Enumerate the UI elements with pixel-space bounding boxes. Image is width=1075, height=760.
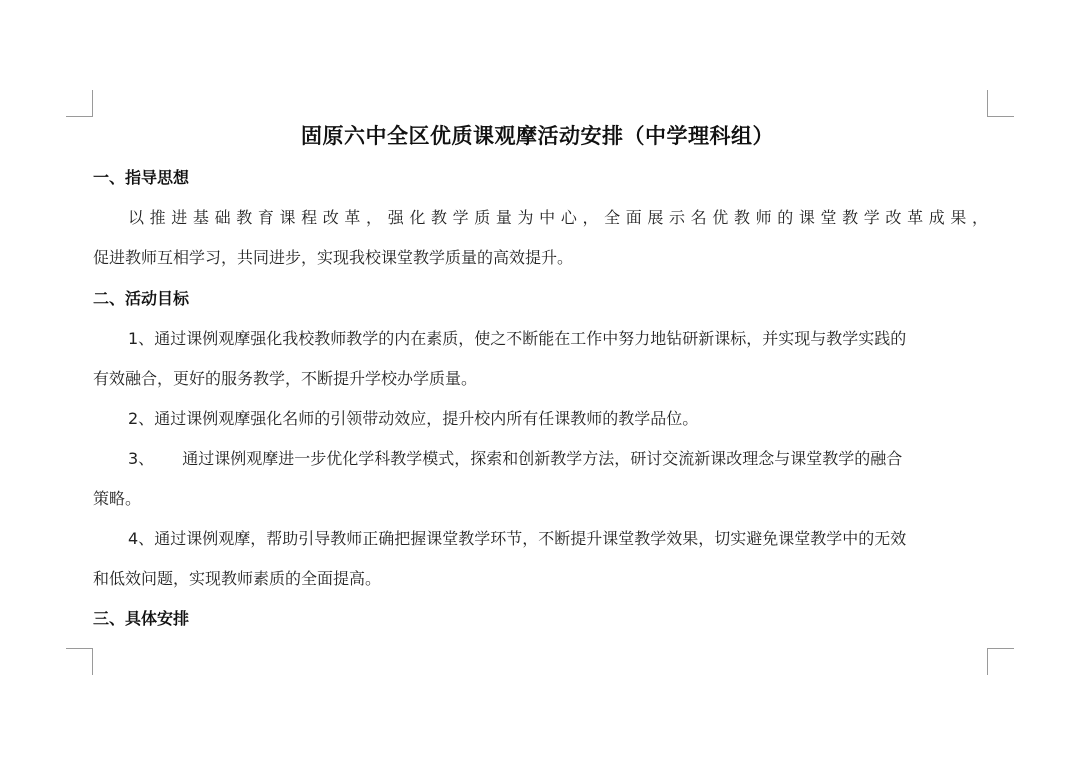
goal-item-1-line-2: 有效融合，更好的服务教学，不断提升学校办学质量。 [93, 366, 988, 389]
goal-number: 2、 [128, 409, 154, 428]
goal-text: 通过课例观摩进一步优化学科教学模式，探索和创新教学方法，研讨交流新课改理念与课堂… [182, 449, 902, 468]
goal-number: 4、 [128, 529, 154, 548]
document-title: 固原六中全区优质课观摩活动安排（中学理科组） [0, 120, 1075, 150]
paragraph-line: 促进教师互相学习，共同进步，实现我校课堂教学质量的高效提升。 [93, 245, 988, 268]
page-corner-mark-bottom-left [66, 648, 93, 675]
goal-item-3-line-2: 策略。 [93, 486, 988, 509]
paragraph-line: 以推进基础教育课程改革，强化教学质量为中心，全面展示名优教师的课堂教学改革成果， [128, 205, 988, 228]
page-corner-mark-top-left [66, 90, 93, 117]
page-corner-mark-bottom-right [987, 648, 1014, 675]
section-heading-specific-arrangements: 三、具体安排 [93, 606, 189, 629]
goal-text: 通过课例观摩强化我校教师教学的内在素质，使之不断能在工作中努力地钻研新课标，并实… [154, 329, 906, 348]
goal-number: 1、 [128, 329, 154, 348]
goal-item-1-line-1: 1、通过课例观摩强化我校教师教学的内在素质，使之不断能在工作中努力地钻研新课标，… [128, 326, 988, 349]
goal-text: 通过课例观摩强化名师的引领带动效应，提升校内所有任课教师的教学品位。 [154, 409, 698, 428]
goal-item-3-line-1: 3、通过课例观摩进一步优化学科教学模式，探索和创新教学方法，研讨交流新课改理念与… [128, 446, 988, 469]
goal-item-2-line-1: 2、通过课例观摩强化名师的引领带动效应，提升校内所有任课教师的教学品位。 [128, 406, 988, 429]
section-heading-guiding-ideology: 一、指导思想 [93, 165, 189, 188]
section-heading-activity-goals: 二、活动目标 [93, 286, 189, 309]
goal-number: 3、 [128, 449, 154, 468]
goal-item-4-line-1: 4、通过课例观摩，帮助引导教师正确把握课堂教学环节，不断提升课堂教学效果，切实避… [128, 526, 988, 549]
goal-item-4-line-2: 和低效问题，实现教师素质的全面提高。 [93, 566, 988, 589]
page-corner-mark-top-right [987, 90, 1014, 117]
goal-text: 通过课例观摩，帮助引导教师正确把握课堂教学环节，不断提升课堂教学效果，切实避免课… [154, 529, 906, 548]
